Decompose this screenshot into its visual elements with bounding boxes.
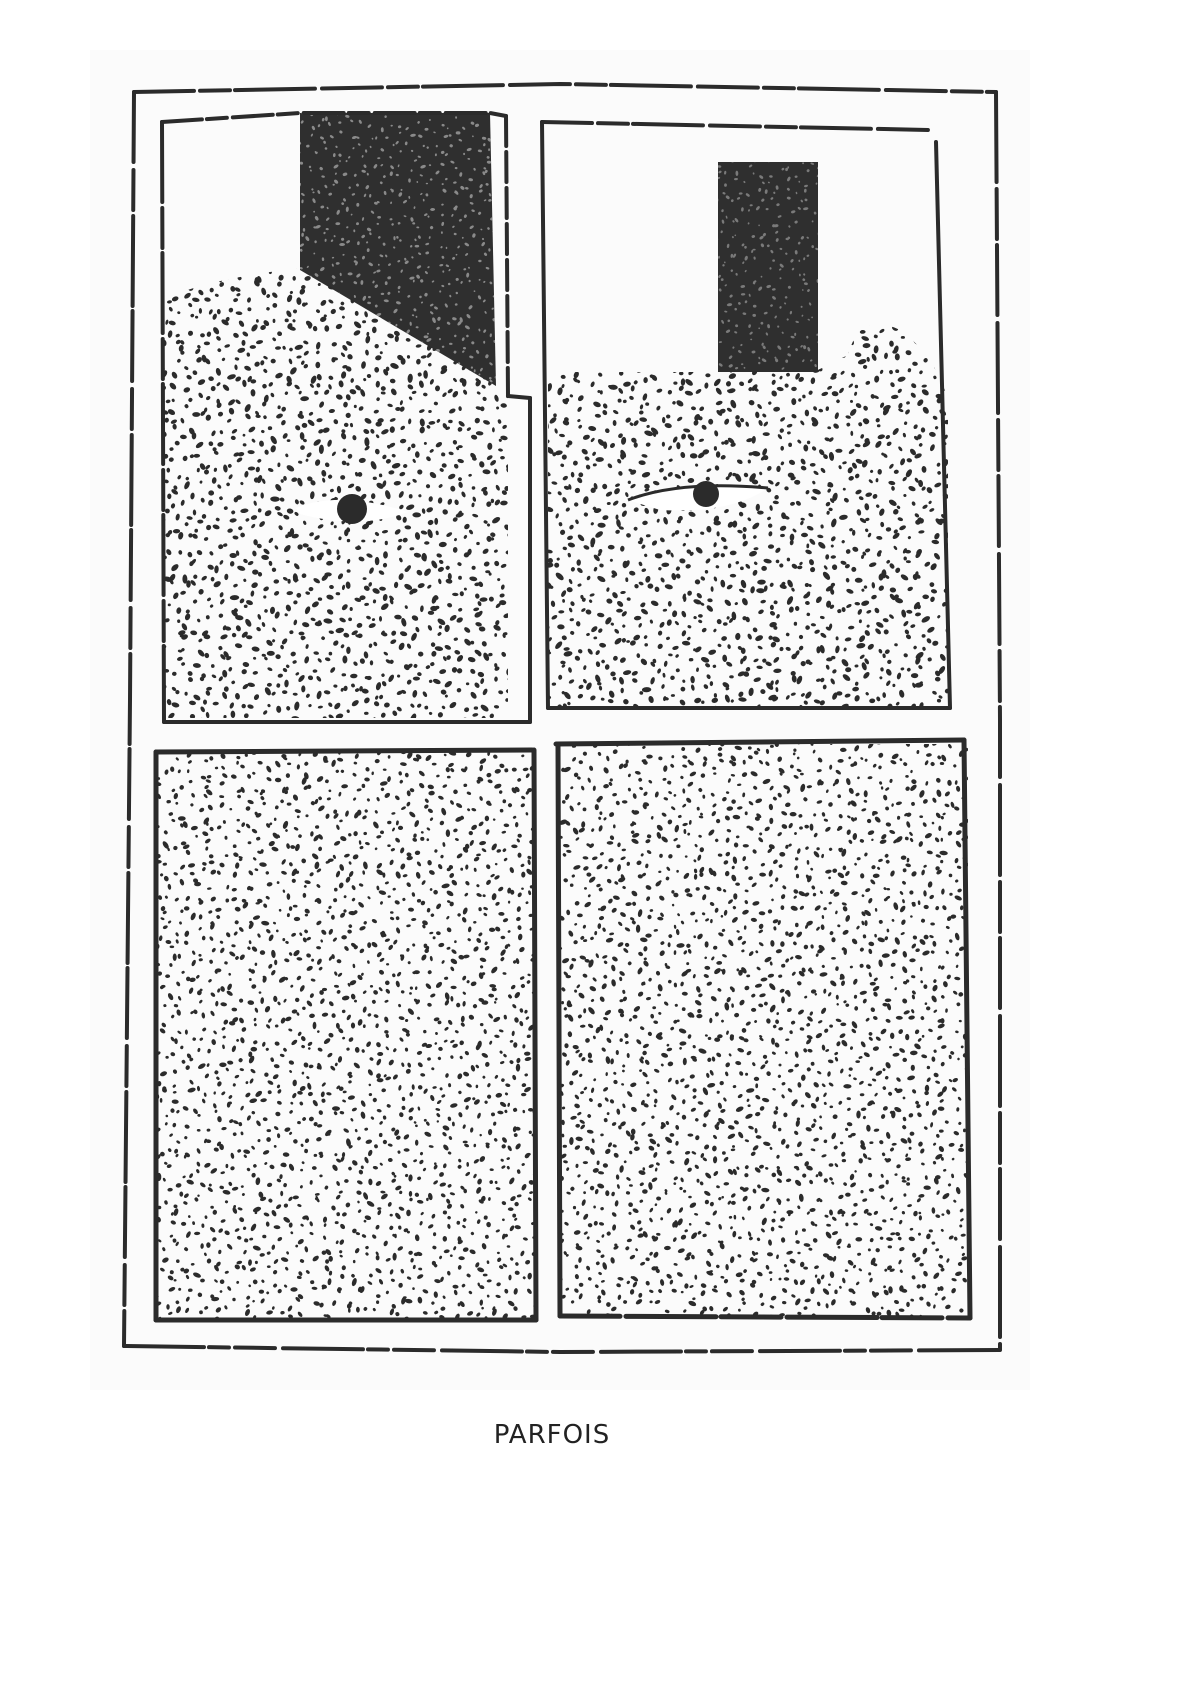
caption-title: PARFOIS: [0, 1420, 1104, 1450]
right-chimney-shape: [712, 157, 826, 380]
illustration: [0, 0, 1200, 1560]
